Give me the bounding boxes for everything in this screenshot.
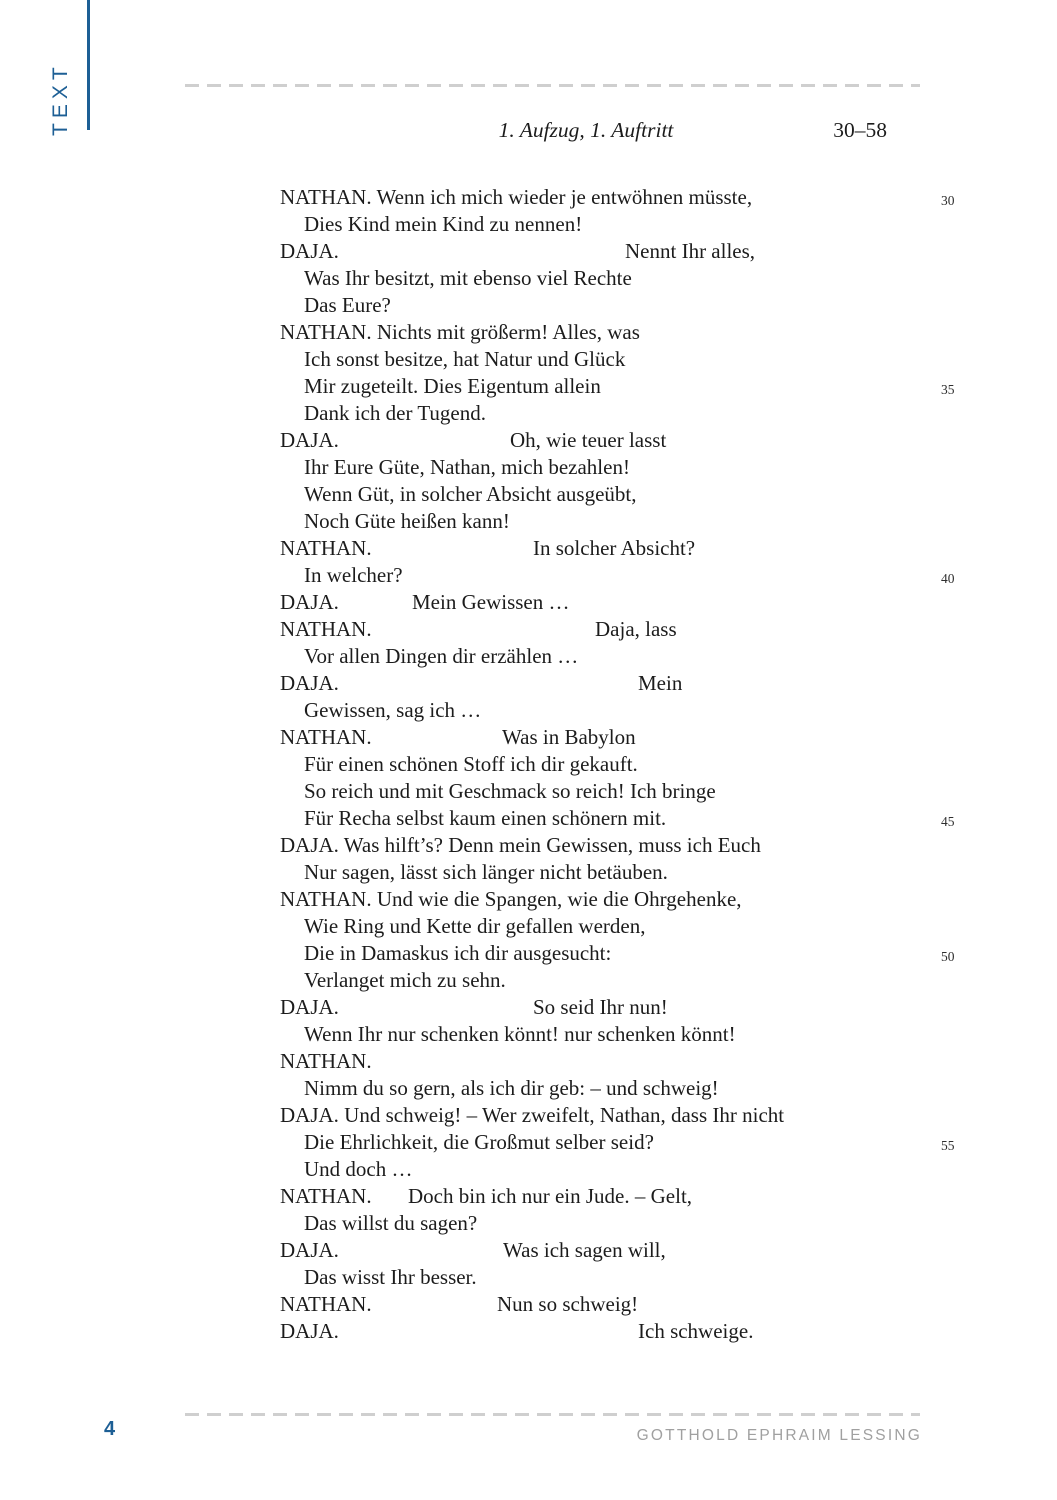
verse-line: Und doch … [280,1156,980,1183]
verse-text: Dank ich der Tugend. [304,401,486,425]
verse-text: Verlanget mich zu sehn. [304,968,506,992]
verse-line: Die in Damaskus ich dir ausgesucht:50 [280,940,980,967]
speaker-name: NATHAN. [280,1184,372,1208]
verse-text: Mir zugeteilt. Dies Eigentum allein [304,374,601,398]
verse-text: Wie Ring und Kette dir gefallen werden, [304,914,645,938]
speaker-name: NATHAN. [280,617,372,641]
verse-line: Vor allen Dingen dir erzählen … [280,643,980,670]
verse-line: Das willst du sagen? [280,1210,980,1237]
verse-line: DAJA.Mein [280,670,980,697]
verse-line-number: 50 [941,947,955,967]
play-text: NATHAN. Wenn ich mich wieder je entwöhne… [280,184,980,1345]
speaker-name: DAJA. [280,239,339,263]
verse-text: Was ich sagen will, [503,1237,666,1264]
verse-line: DAJA.Was ich sagen will, [280,1237,980,1264]
speaker-name: DAJA. [280,833,339,857]
verse-text: Oh, wie teuer lasst [510,427,666,454]
verse-line: NATHAN.Daja, lass [280,616,980,643]
speaker-name: NATHAN. [280,536,372,560]
speaker-name: DAJA. [280,671,339,695]
verse-line: NATHAN. Nichts mit größerm! Alles, was [280,319,980,346]
verse-text: Daja, lass [595,616,677,643]
verse-line: Was Ihr besitzt, mit ebenso viel Rechte [280,265,980,292]
verse-text: Nur sagen, lässt sich länger nicht betäu… [304,860,668,884]
verse-text: Nimm du so gern, als ich dir geb: – und … [304,1076,719,1100]
verse-line: NATHAN.Was in Babylon [280,724,980,751]
verse-line: DAJA. Was hilft’s? Denn mein Gewissen, m… [280,832,980,859]
verse-line: Das wisst Ihr besser. [280,1264,980,1291]
verse-line-number: 30 [941,191,955,211]
verse-text: Nichts mit größerm! Alles, was [377,320,640,344]
verse-text: Und doch … [304,1157,413,1181]
verse-text: Vor allen Dingen dir erzählen … [304,644,578,668]
verse-line: Für einen schönen Stoff ich dir gekauft. [280,751,980,778]
verse-line: Nur sagen, lässt sich länger nicht betäu… [280,859,980,886]
speaker-name: DAJA. [280,1238,339,1262]
verse-text: Ich schweige. [638,1318,753,1345]
verse-text: So seid Ihr nun! [533,994,668,1021]
verse-line: Für Recha selbst kaum einen schönern mit… [280,805,980,832]
speaker-name: NATHAN. [280,185,372,209]
verse-line: In welcher?40 [280,562,980,589]
speaker-name: NATHAN. [280,1292,372,1316]
verse-line-number: 55 [941,1136,955,1156]
verse-line: Verlanget mich zu sehn. [280,967,980,994]
verse-line: Noch Güte heißen kann! [280,508,980,535]
verse-text: Was in Babylon [502,724,636,751]
verse-line: Wenn Güt, in solcher Absicht ausgeübt, [280,481,980,508]
verse-line: So reich und mit Geschmack so reich! Ich… [280,778,980,805]
verse-text: Wenn Güt, in solcher Absicht ausgeübt, [304,482,637,506]
verse-text: Wenn ich mich wieder je entwöhnen müsste… [376,185,752,209]
running-head-line-range: 30–58 [833,118,887,143]
running-head: 1. Aufzug, 1. Auftritt 30–58 [280,118,920,143]
verse-text: Doch bin ich nur ein Jude. – Gelt, [408,1183,692,1210]
verse-line: NATHAN.Doch bin ich nur ein Jude. – Gelt… [280,1183,980,1210]
speaker-name: DAJA. [280,1319,339,1343]
running-head-scene: 1. Aufzug, 1. Auftritt [499,118,674,142]
verse-line-number: 45 [941,812,955,832]
verse-text: Noch Güte heißen kann! [304,509,510,533]
speaker-name: NATHAN. [280,887,372,911]
verse-text: Ich sonst besitze, hat Natur und Glück [304,347,625,371]
verse-line: NATHAN. [280,1048,980,1075]
verse-line: Wenn Ihr nur schenken könnt! nur schenke… [280,1021,980,1048]
verse-text: Das willst du sagen? [304,1211,477,1235]
verse-text: Was hilft’s? Denn mein Gewissen, muss ic… [344,833,761,857]
verse-line: DAJA.Oh, wie teuer lasst [280,427,980,454]
speaker-name: DAJA. [280,995,339,1019]
verse-text: In solcher Absicht? [533,535,695,562]
verse-text: Ihr Eure Güte, Nathan, mich bezahlen! [304,455,630,479]
verse-line: Wie Ring und Kette dir gefallen werden, [280,913,980,940]
verse-text: Nun so schweig! [497,1291,638,1318]
bottom-divider [185,1413,920,1416]
speaker-name: NATHAN. [280,725,372,749]
top-divider [185,84,920,87]
verse-line: Nimm du so gern, als ich dir geb: – und … [280,1075,980,1102]
verse-line: NATHAN.Nun so schweig! [280,1291,980,1318]
verse-text: Mein Gewissen … [412,589,569,616]
verse-text: Das wisst Ihr besser. [304,1265,477,1289]
verse-line: Ich sonst besitze, hat Natur und Glück [280,346,980,373]
verse-line: DAJA. Und schweig! – Wer zweifelt, Natha… [280,1102,980,1129]
verse-text: Die Ehrlichkeit, die Großmut selber seid… [304,1130,654,1154]
verse-line-number: 40 [941,569,955,589]
verse-text: Für Recha selbst kaum einen schönern mit… [304,806,666,830]
verse-text: Wenn Ihr nur schenken könnt! nur schenke… [304,1022,736,1046]
page-number: 4 [104,1418,115,1441]
verse-text: Die in Damaskus ich dir ausgesucht: [304,941,611,965]
verse-line: Die Ehrlichkeit, die Großmut selber seid… [280,1129,980,1156]
verse-text: In welcher? [304,563,403,587]
speaker-name: DAJA. [280,1103,339,1127]
verse-line-number: 35 [941,380,955,400]
verse-line: DAJA.Nennt Ihr alles, [280,238,980,265]
verse-text: Mein [638,670,682,697]
speaker-name: DAJA. [280,428,339,452]
sidebar-accent-rule [87,0,90,130]
speaker-name: NATHAN. [280,1049,372,1073]
verse-text: Dies Kind mein Kind zu nennen! [304,212,582,236]
verse-line: DAJA.Mein Gewissen … [280,589,980,616]
verse-line: NATHAN.In solcher Absicht? [280,535,980,562]
verse-line: Mir zugeteilt. Dies Eigentum allein35 [280,373,980,400]
verse-text: Was Ihr besitzt, mit ebenso viel Rechte [304,266,632,290]
verse-line: Gewissen, sag ich … [280,697,980,724]
verse-text: Für einen schönen Stoff ich dir gekauft. [304,752,638,776]
verse-line: DAJA.So seid Ihr nun! [280,994,980,1021]
verse-text: Und schweig! – Wer zweifelt, Nathan, das… [344,1103,784,1127]
verse-line: Das Eure? [280,292,980,319]
verse-line: Dies Kind mein Kind zu nennen! [280,211,980,238]
verse-text: Das Eure? [304,293,391,317]
book-page: TEXT 1. Aufzug, 1. Auftritt 30–58 NATHAN… [0,0,1057,1500]
speaker-name: NATHAN. [280,320,372,344]
verse-line: DAJA.Ich schweige. [280,1318,980,1345]
verse-text: Und wie die Spangen, wie die Ohrgehenke, [377,887,742,911]
verse-text: So reich und mit Geschmack so reich! Ich… [304,779,716,803]
verse-line: Ihr Eure Güte, Nathan, mich bezahlen! [280,454,980,481]
speaker-name: DAJA. [280,590,339,614]
sidebar-text-label: TEXT [46,60,76,136]
verse-text: Nennt Ihr alles, [625,238,755,265]
verse-line: NATHAN. Und wie die Spangen, wie die Ohr… [280,886,980,913]
running-footer-author: GOTTHOLD EPHRAIM LESSING [637,1427,922,1445]
verse-line: NATHAN. Wenn ich mich wieder je entwöhne… [280,184,980,211]
verse-text: Gewissen, sag ich … [304,698,481,722]
verse-line: Dank ich der Tugend. [280,400,980,427]
